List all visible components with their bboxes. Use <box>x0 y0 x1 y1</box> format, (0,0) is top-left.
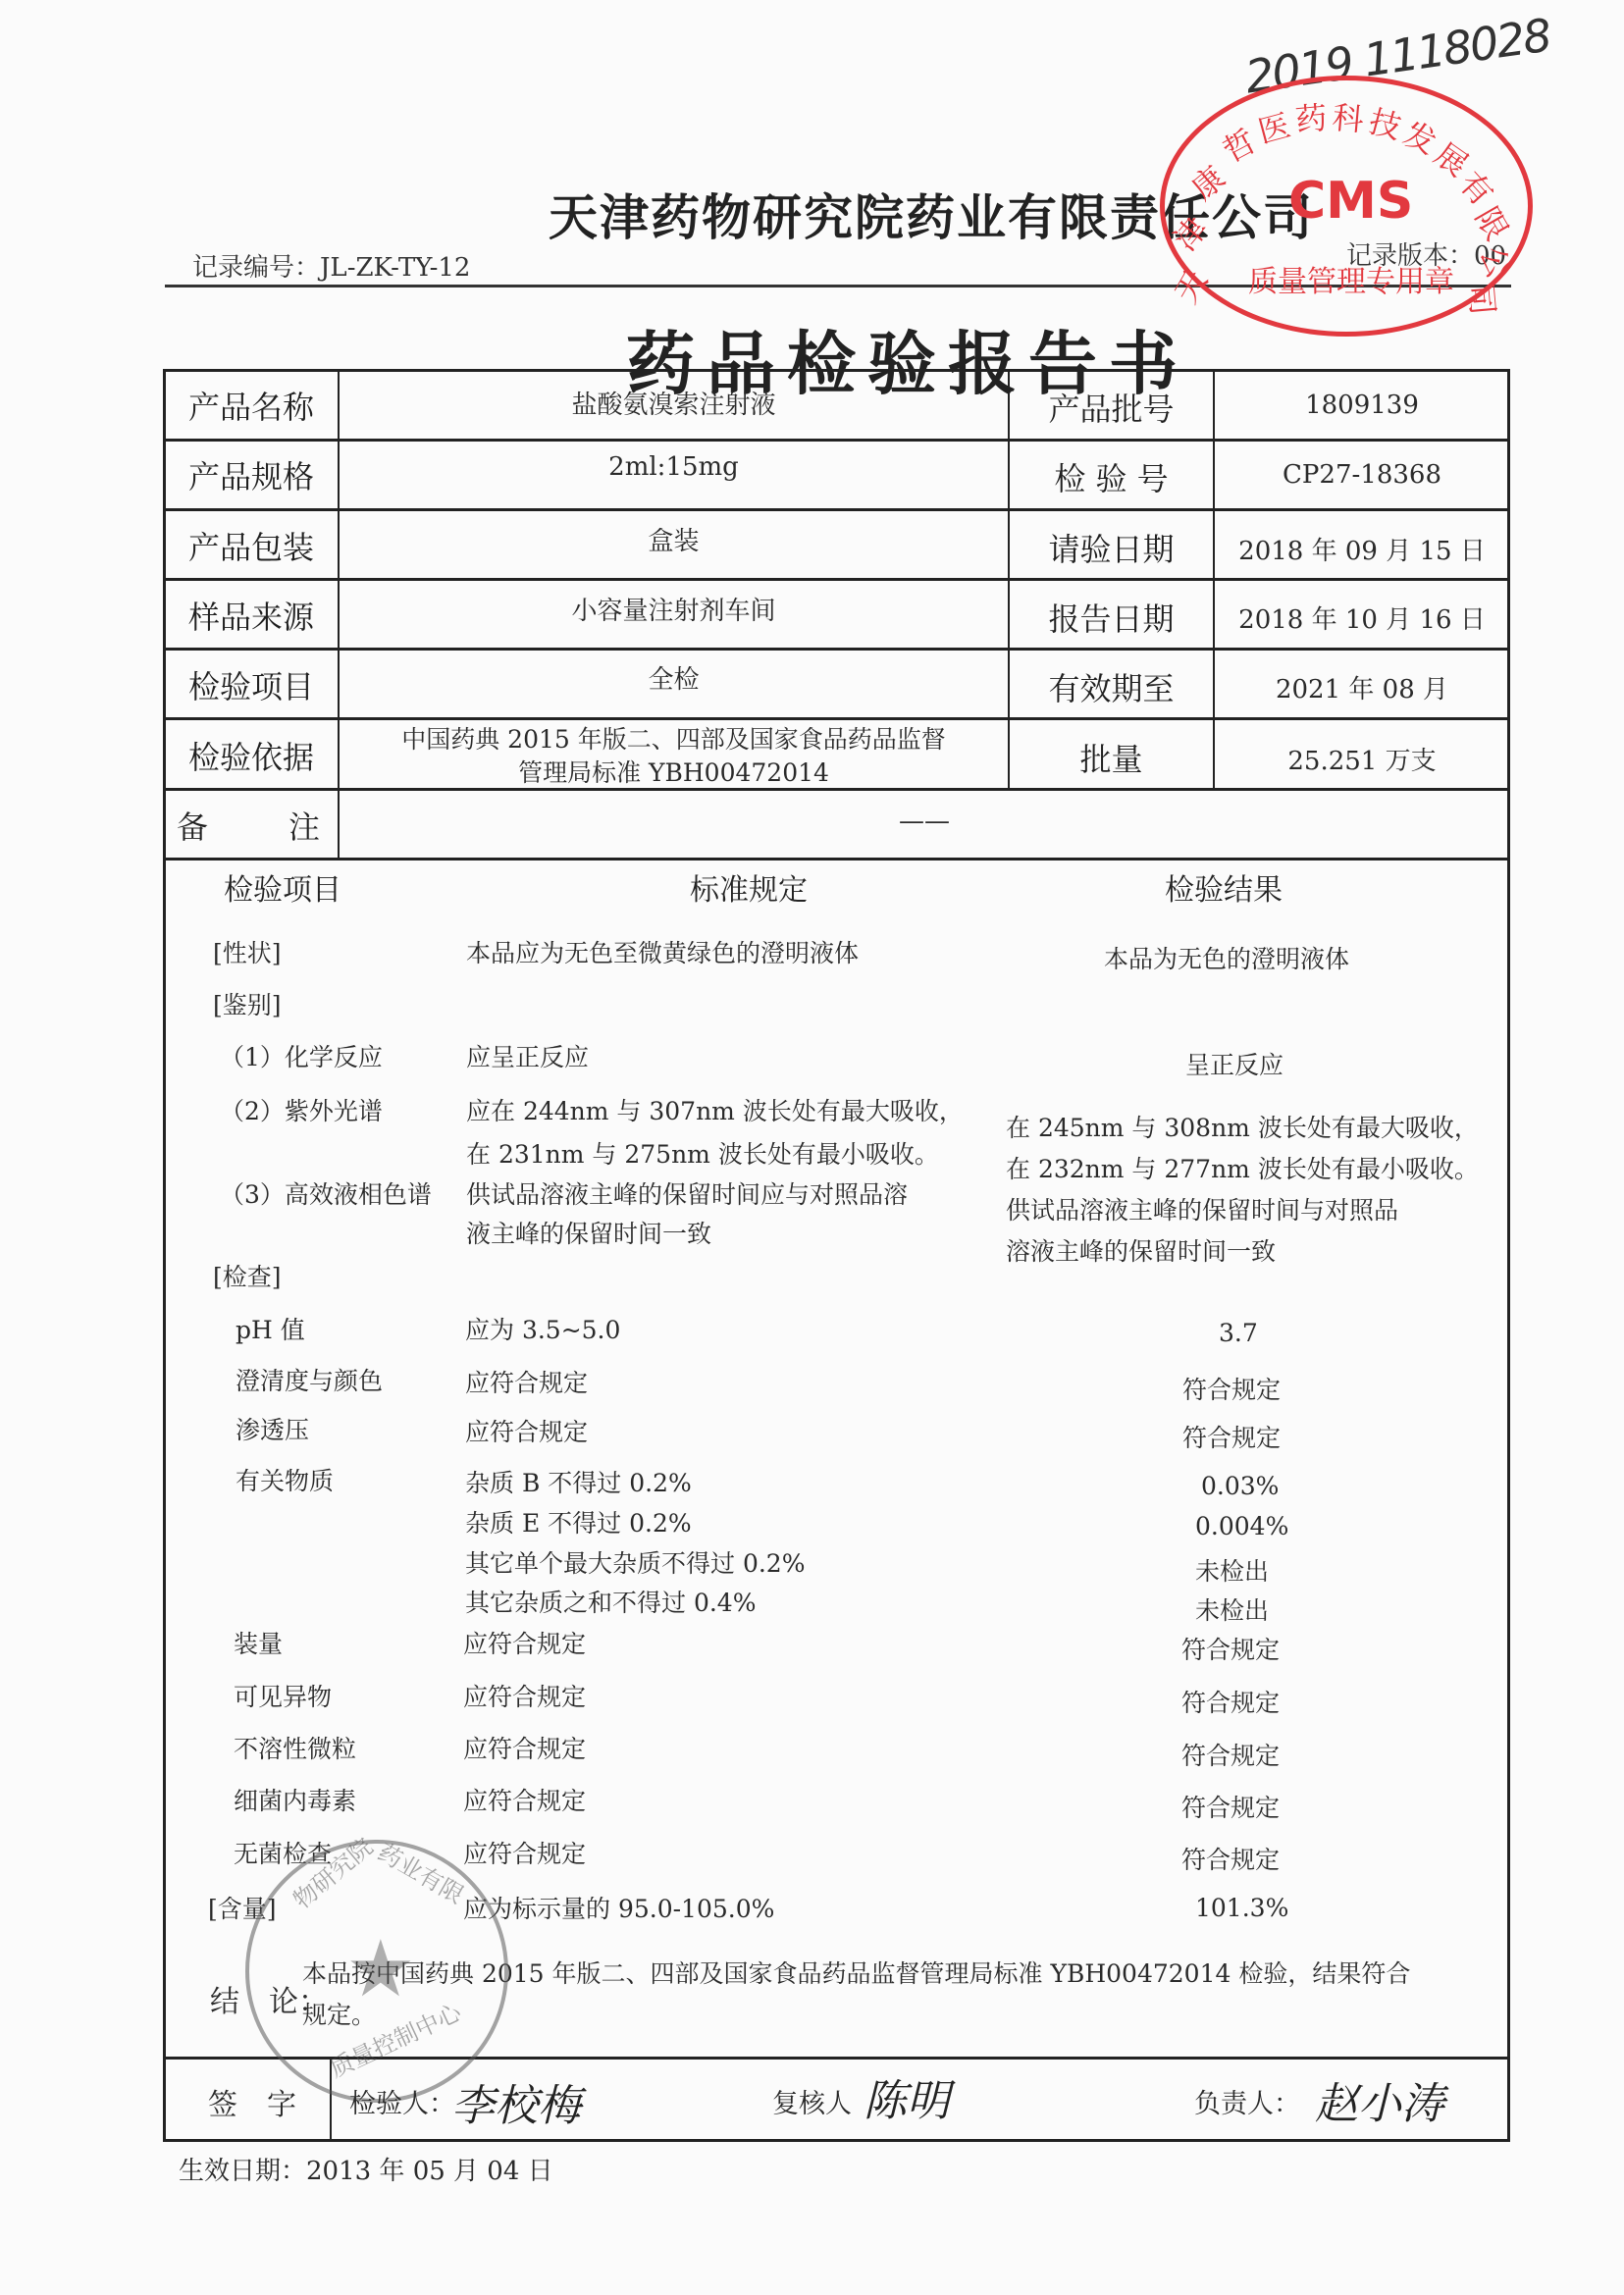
standard-bacterial-endotoxin: 应符合规定 <box>463 1782 586 1817</box>
standard-appearance: 本品应为无色至微黄绿色的澄明液体 <box>466 934 859 969</box>
result-other-total-impurity: 未检出 <box>1195 1591 1269 1627</box>
item-fill-volume: 装量 <box>234 1625 283 1660</box>
value-packaging: 盒装 <box>340 521 1008 557</box>
label-specification: 产品规格 <box>165 452 338 497</box>
value-inspection-basis-line1: 中国药典 2015 年版二、四部及国家食品药品监督 <box>340 720 1008 756</box>
inspector-label: 检验人： <box>349 2082 455 2120</box>
item-related-substances: 有关物质 <box>236 1462 334 1497</box>
col-divider <box>1008 369 1010 788</box>
standard-fill-volume: 应符合规定 <box>463 1625 586 1660</box>
result-assay: 101.3% <box>1195 1894 1288 1922</box>
value-remarks: —— <box>340 807 1509 836</box>
results-header-standard: 标准规定 <box>690 865 808 909</box>
red-seal-arc-char: 药 <box>1293 93 1329 141</box>
effective-date: 生效日期：2013 年 05 月 04 日 <box>179 2151 553 2187</box>
label-request-date: 请验日期 <box>1010 525 1213 570</box>
label-sample-source: 样品来源 <box>165 593 338 638</box>
result-other-single-impurity: 未检出 <box>1195 1552 1269 1588</box>
value-expiry: 2021 年 08 月 <box>1215 669 1509 705</box>
standard-impurity-e: 杂质 E 不得过 0.2% <box>465 1504 692 1539</box>
label-inspection-items: 检验项目 <box>165 662 338 707</box>
results-header-result: 检验结果 <box>1165 865 1283 909</box>
value-inspection-basis-line2: 管理局标准 YBH00472014 <box>340 754 1008 789</box>
standard-chemical-reaction: 应呈正反应 <box>466 1038 589 1073</box>
label-inspection-number: 检 验 号 <box>1010 454 1213 499</box>
result-sterility: 符合规定 <box>1181 1841 1280 1876</box>
label-product-name: 产品名称 <box>165 383 338 428</box>
result-hplc-line2: 溶液主峰的保留时间一致 <box>1006 1232 1276 1268</box>
result-insoluble-particles: 符合规定 <box>1181 1737 1280 1772</box>
responsible-label: 负责人： <box>1194 2082 1300 2120</box>
label-remarks: 备 注 <box>165 803 338 848</box>
value-sample-source: 小容量注射剂车间 <box>340 591 1008 627</box>
results-header-item: 检验项目 <box>224 865 341 909</box>
standard-assay: 应为标示量的 95.0-105.0% <box>463 1890 774 1925</box>
label-expiry: 有效期至 <box>1010 664 1213 709</box>
value-specification: 2ml:15mg <box>340 452 1008 482</box>
value-report-date: 2018 年 10 月 16 日 <box>1215 600 1509 636</box>
result-clarity-color: 符合规定 <box>1182 1371 1281 1406</box>
red-seal-arc-char: 科 <box>1331 93 1366 141</box>
standard-impurity-b: 杂质 B 不得过 0.2% <box>465 1464 692 1499</box>
value-request-date: 2018 年 09 月 15 日 <box>1215 531 1509 567</box>
label-inspection-basis: 检验依据 <box>165 733 338 778</box>
red-seal-center-text: CMS <box>1288 172 1413 231</box>
reviewer-signature: 陈明 <box>864 2065 950 2128</box>
record-number: 记录编号：JL-ZK-TY-12 <box>192 247 470 284</box>
item-clarity-color: 澄清度与颜色 <box>236 1362 383 1397</box>
row-divider <box>163 439 1510 442</box>
standard-uv-spectrum-line2: 在 231nm 与 275nm 波长处有最小吸收。 <box>466 1135 939 1171</box>
result-bacterial-endotoxin: 符合规定 <box>1181 1789 1280 1824</box>
row-divider <box>163 508 1510 511</box>
result-uv-spectrum-line1: 在 245nm 与 308nm 波长处有最大吸收， <box>1006 1109 1479 1144</box>
section-identification: [鉴别] <box>213 986 282 1021</box>
item-chemical-reaction: （1）化学反应 <box>220 1038 383 1073</box>
result-impurity-e: 0.004% <box>1195 1512 1288 1540</box>
label-report-date: 报告日期 <box>1010 595 1213 640</box>
standard-sterility: 应符合规定 <box>463 1835 586 1870</box>
item-insoluble-particles: 不溶性微粒 <box>234 1730 356 1765</box>
value-batch-number: 1809139 <box>1215 391 1509 420</box>
label-packaging: 产品包装 <box>165 523 338 568</box>
standard-osmotic-pressure: 应符合规定 <box>465 1413 588 1448</box>
result-chemical-reaction: 呈正反应 <box>1185 1046 1283 1081</box>
col-divider <box>1213 369 1215 788</box>
item-bacterial-endotoxin: 细菌内毒素 <box>234 1782 356 1817</box>
result-uv-spectrum-line2: 在 232nm 与 277nm 波长处有最小吸收。 <box>1006 1150 1479 1185</box>
standard-uv-spectrum-line1: 应在 244nm 与 307nm 波长处有最大吸收， <box>466 1092 964 1127</box>
item-hplc: （3）高效液相色谱 <box>220 1175 432 1211</box>
row-divider <box>163 648 1510 651</box>
result-hplc-line1: 供试品溶液主峰的保留时间与对照品 <box>1006 1191 1398 1226</box>
standard-clarity-color: 应符合规定 <box>465 1364 588 1399</box>
standard-ph: 应为 3.5~5.0 <box>465 1311 620 1346</box>
label-batch-number: 产品批号 <box>1010 385 1213 430</box>
section-appearance: [性状] <box>213 934 282 969</box>
value-batch-size: 25.251 万支 <box>1215 741 1509 777</box>
star-icon: ★ <box>345 1923 416 2014</box>
standard-visible-particles: 应符合规定 <box>463 1678 586 1713</box>
item-osmotic-pressure: 渗透压 <box>236 1411 309 1446</box>
value-inspection-items: 全检 <box>340 659 1008 696</box>
responsible-signature: 赵小涛 <box>1315 2068 1444 2131</box>
standard-hplc-line1: 供试品溶液主峰的保留时间应与对照品溶 <box>466 1175 908 1211</box>
row-divider <box>163 858 1510 861</box>
label-batch-size: 批量 <box>1010 735 1213 780</box>
value-inspection-number: CP27-18368 <box>1215 460 1509 490</box>
item-uv-spectrum: （2）紫外光谱 <box>220 1092 383 1127</box>
inspector-signature: 李校梅 <box>451 2070 581 2133</box>
reviewer-label: 复核人 <box>772 2082 852 2120</box>
standard-hplc-line2: 液主峰的保留时间一致 <box>466 1215 711 1250</box>
red-seal-arc-char: 司 <box>1460 282 1508 317</box>
standard-other-total-impurity: 其它杂质之和不得过 0.4% <box>465 1584 756 1619</box>
item-visible-particles: 可见异物 <box>234 1678 332 1713</box>
result-ph: 3.7 <box>1219 1319 1258 1347</box>
result-appearance: 本品为无色的澄明液体 <box>1104 940 1349 975</box>
value-product-name: 盐酸氨溴索注射液 <box>340 385 1008 421</box>
signature-label: 签 字 <box>208 2080 296 2123</box>
section-tests: [检查] <box>213 1258 282 1293</box>
result-osmotic-pressure: 符合规定 <box>1182 1419 1281 1454</box>
result-visible-particles: 符合规定 <box>1181 1684 1280 1719</box>
row-divider <box>163 578 1510 581</box>
item-ph: pH 值 <box>236 1311 305 1346</box>
standard-other-single-impurity: 其它单个最大杂质不得过 0.2% <box>465 1544 805 1580</box>
result-impurity-b: 0.03% <box>1201 1472 1279 1500</box>
result-fill-volume: 符合规定 <box>1181 1631 1280 1666</box>
red-seal-bottom-text: 质量管理专用章 <box>1248 257 1454 300</box>
standard-insoluble-particles: 应符合规定 <box>463 1730 586 1765</box>
